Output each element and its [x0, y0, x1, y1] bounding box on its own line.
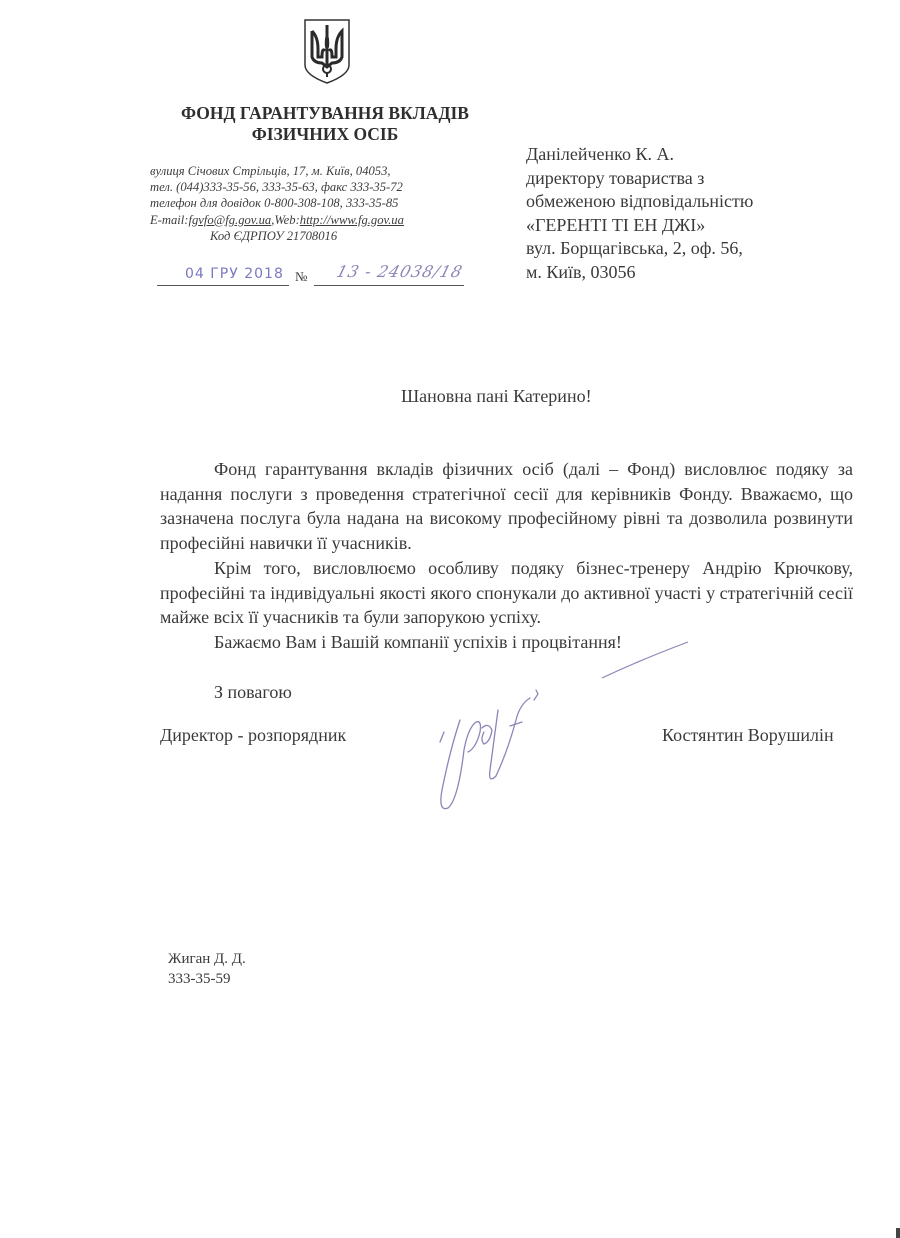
number-sign: № — [295, 269, 307, 285]
org-email-web: E-mail:fgvfo@fg.gov.ua,Web:http://www.fg… — [150, 212, 470, 228]
org-name-line1: ФОНД ГАРАНТУВАННЯ ВКЛАДІВ — [140, 103, 510, 124]
executor-name: Жиган Д. Д. — [168, 949, 246, 969]
recipient-street: вул. Борщагівська, 2, оф. 56, — [526, 237, 846, 261]
web-link[interactable]: http://www.fg.gov.ua — [300, 213, 404, 227]
organization-contacts: вулиця Січових Стрільців, 17, м. Київ, 0… — [150, 163, 470, 244]
org-address: вулиця Січових Стрільців, 17, м. Київ, 0… — [150, 163, 470, 179]
recipient-block: Данілейченко К. А. директору товариства … — [526, 143, 846, 284]
number-underline — [314, 285, 464, 286]
recipient-company-name: «ГЕРЕНТІ ТІ ЕН ДЖІ» — [526, 214, 846, 238]
salutation: Шановна пані Катерино! — [401, 386, 592, 407]
signature-icon — [420, 680, 580, 820]
email-label: E-mail: — [150, 213, 188, 227]
org-edrpou: Код ЄДРПОУ 21708016 — [150, 228, 470, 244]
registration-line: 04 ГРУ 2018 № 13 - 24038/18 — [157, 262, 467, 290]
org-phones: тел. (044)333-35-56, 333-35-63, факс 333… — [150, 179, 470, 195]
registration-number: 13 - 24038/18 — [334, 262, 465, 281]
body-paragraph-3: Бажаємо Вам і Вашій компанії успіхів і п… — [160, 630, 853, 655]
date-stamp: 04 ГРУ 2018 — [185, 266, 284, 282]
signer-name: Костянтин Ворушилін — [662, 725, 834, 746]
body-paragraph-2: Крім того, висловлюємо особливу подяку б… — [160, 556, 853, 630]
signer-title: Директор - розпорядник — [160, 725, 346, 746]
scan-edge-mark — [896, 1228, 900, 1238]
recipient-city: м. Київ, 03056 — [526, 261, 846, 285]
body-paragraph-1: Фонд гарантування вкладів фізичних осіб … — [160, 457, 853, 556]
recipient-company-type: обмеженою відповідальністю — [526, 190, 846, 214]
ink-stroke-decoration — [600, 640, 690, 680]
email-link[interactable]: fgvfo@fg.gov.ua — [188, 213, 271, 227]
closing: З повагою — [214, 682, 292, 703]
web-label: Web: — [274, 213, 299, 227]
organization-name: ФОНД ГАРАНТУВАННЯ ВКЛАДІВ ФІЗИЧНИХ ОСІБ — [140, 103, 510, 145]
executor-block: Жиган Д. Д. 333-35-59 — [168, 949, 246, 989]
letter-body: Фонд гарантування вкладів фізичних осіб … — [160, 457, 853, 655]
executor-phone: 333-35-59 — [168, 969, 246, 989]
org-name-line2: ФІЗИЧНИХ ОСІБ — [140, 124, 510, 145]
org-hotline: телефон для довідок 0-800-308-108, 333-3… — [150, 195, 470, 211]
recipient-position: директору товариства з — [526, 167, 846, 191]
recipient-name: Данілейченко К. А. — [526, 143, 846, 167]
date-underline — [157, 285, 289, 286]
ukraine-trident-icon — [302, 17, 352, 85]
